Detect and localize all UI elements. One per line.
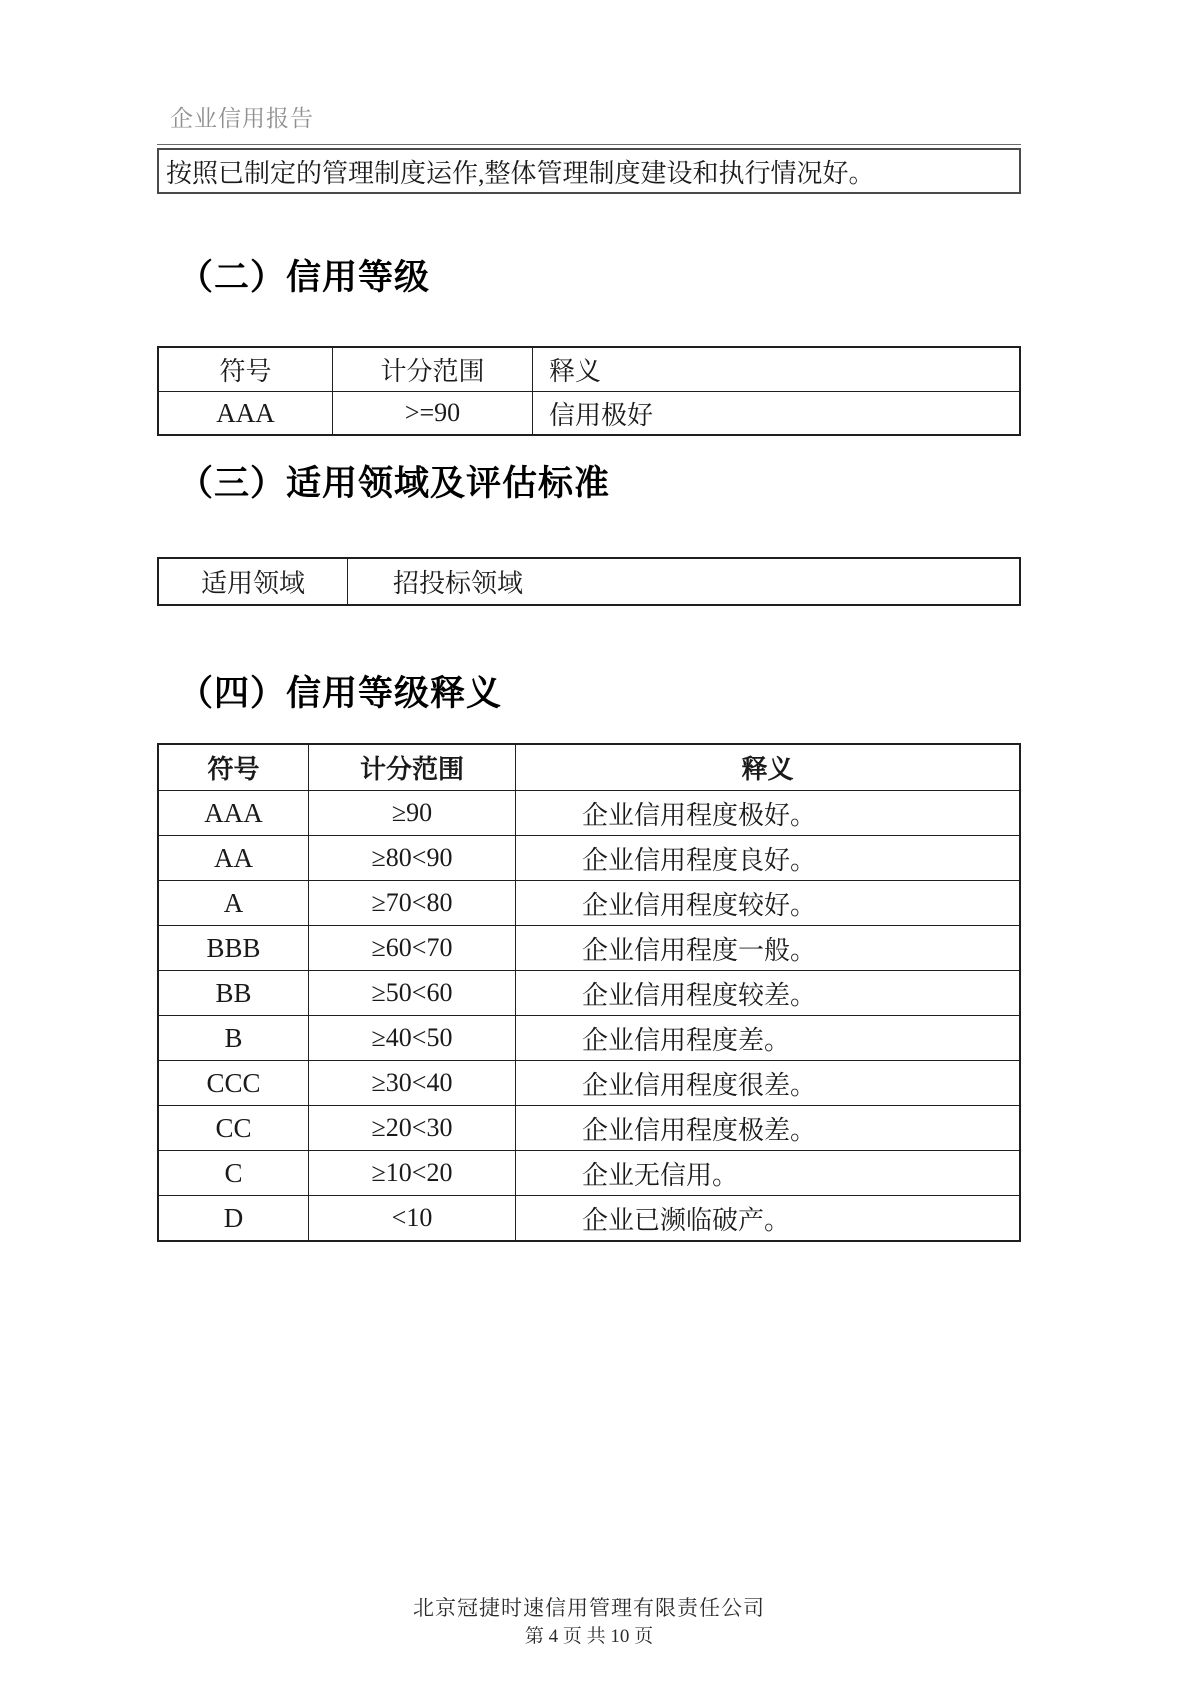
intro-text: 按照已制定的管理制度运作,整体管理制度建设和执行情况好。	[166, 153, 875, 190]
rating-range-cell: ≥20<30	[308, 1106, 515, 1150]
rating-range-cell: ≥50<60	[308, 971, 515, 1015]
rating-range-cell: ≥10<20	[308, 1151, 515, 1195]
rating-range-cell: <10	[308, 1196, 515, 1240]
section-heading-rating-definitions: （四）信用等级释义	[178, 666, 502, 716]
header-underline	[157, 144, 1021, 145]
rating-meaning-cell: 企业已濒临破产。	[515, 1196, 1019, 1240]
table-row: AAA ≥90 企业信用程度极好。	[159, 790, 1019, 835]
rating-range-cell: ≥70<80	[308, 881, 515, 925]
table-row: CC ≥20<30 企业信用程度极差。	[159, 1105, 1019, 1150]
rating-symbol-cell: B	[159, 1016, 308, 1060]
rating-meaning-cell: 企业无信用。	[515, 1151, 1019, 1195]
table-row: BBB ≥60<70 企业信用程度一般。	[159, 925, 1019, 970]
rating-symbol-cell: A	[159, 881, 308, 925]
header-cell-meaning: 释义	[515, 745, 1019, 790]
table-header-row: 符号 计分范围 释义	[159, 745, 1019, 790]
document-page: 企业信用报告 按照已制定的管理制度运作,整体管理制度建设和执行情况好。 （二）信…	[0, 0, 1190, 1683]
table-row: A ≥70<80 企业信用程度较好。	[159, 880, 1019, 925]
footer-company-name: 北京冠捷时速信用管理有限责任公司	[157, 1592, 1021, 1622]
header-cell-meaning: 释义	[532, 348, 1019, 391]
rating-symbol-cell: D	[159, 1196, 308, 1240]
running-header-title: 企业信用报告	[170, 100, 314, 133]
footer-page-number: 第 4 页 共 10 页	[157, 1621, 1021, 1648]
header-cell-score-range: 计分范围	[332, 348, 532, 391]
intro-text-box: 按照已制定的管理制度运作,整体管理制度建设和执行情况好。	[157, 148, 1021, 194]
scope-label-cell: 适用领域	[159, 559, 347, 604]
rating-meaning-cell: 企业信用程度很差。	[515, 1061, 1019, 1105]
header-cell-symbol: 符号	[159, 348, 332, 391]
table-row: 适用领域 招投标领域	[159, 559, 1019, 604]
table-row: C ≥10<20 企业无信用。	[159, 1150, 1019, 1195]
table-row: AAA >=90 信用极好	[159, 391, 1019, 434]
rating-range-cell: ≥80<90	[308, 836, 515, 880]
table-row: CCC ≥30<40 企业信用程度很差。	[159, 1060, 1019, 1105]
header-cell-score-range: 计分范围	[308, 745, 515, 790]
table-row: B ≥40<50 企业信用程度差。	[159, 1015, 1019, 1060]
section-heading-credit-rating: （二）信用等级	[178, 250, 430, 300]
rating-meaning-cell: 企业信用程度较好。	[515, 881, 1019, 925]
rating-meaning-cell: 企业信用程度一般。	[515, 926, 1019, 970]
rating-symbol-cell: BBB	[159, 926, 308, 970]
scope-table: 适用领域 招投标领域	[157, 557, 1021, 606]
header-cell-symbol: 符号	[159, 745, 308, 790]
rating-meaning-cell: 企业信用程度极差。	[515, 1106, 1019, 1150]
rating-symbol-cell: BB	[159, 971, 308, 1015]
table-header-row: 符号 计分范围 释义	[159, 348, 1019, 391]
rating-symbol-cell: AAA	[159, 392, 332, 434]
rating-meaning-cell: 信用极好	[532, 392, 1019, 434]
rating-meaning-cell: 企业信用程度极好。	[515, 791, 1019, 835]
rating-definitions-table: 符号 计分范围 释义 AAA ≥90 企业信用程度极好。 AA ≥80<90 企…	[157, 743, 1021, 1242]
rating-meaning-cell: 企业信用程度良好。	[515, 836, 1019, 880]
rating-range-cell: ≥30<40	[308, 1061, 515, 1105]
table-row: BB ≥50<60 企业信用程度较差。	[159, 970, 1019, 1015]
rating-range-cell: >=90	[332, 392, 532, 434]
rating-symbol-cell: CC	[159, 1106, 308, 1150]
rating-symbol-cell: AAA	[159, 791, 308, 835]
credit-rating-table: 符号 计分范围 释义 AAA >=90 信用极好	[157, 346, 1021, 436]
rating-meaning-cell: 企业信用程度较差。	[515, 971, 1019, 1015]
rating-symbol-cell: C	[159, 1151, 308, 1195]
rating-range-cell: ≥60<70	[308, 926, 515, 970]
rating-symbol-cell: AA	[159, 836, 308, 880]
rating-range-cell: ≥40<50	[308, 1016, 515, 1060]
table-row: AA ≥80<90 企业信用程度良好。	[159, 835, 1019, 880]
rating-meaning-cell: 企业信用程度差。	[515, 1016, 1019, 1060]
table-row: D <10 企业已濒临破产。	[159, 1195, 1019, 1240]
section-heading-scope: （三）适用领域及评估标准	[178, 456, 610, 506]
rating-range-cell: ≥90	[308, 791, 515, 835]
scope-value-cell: 招投标领域	[347, 559, 1019, 604]
rating-symbol-cell: CCC	[159, 1061, 308, 1105]
